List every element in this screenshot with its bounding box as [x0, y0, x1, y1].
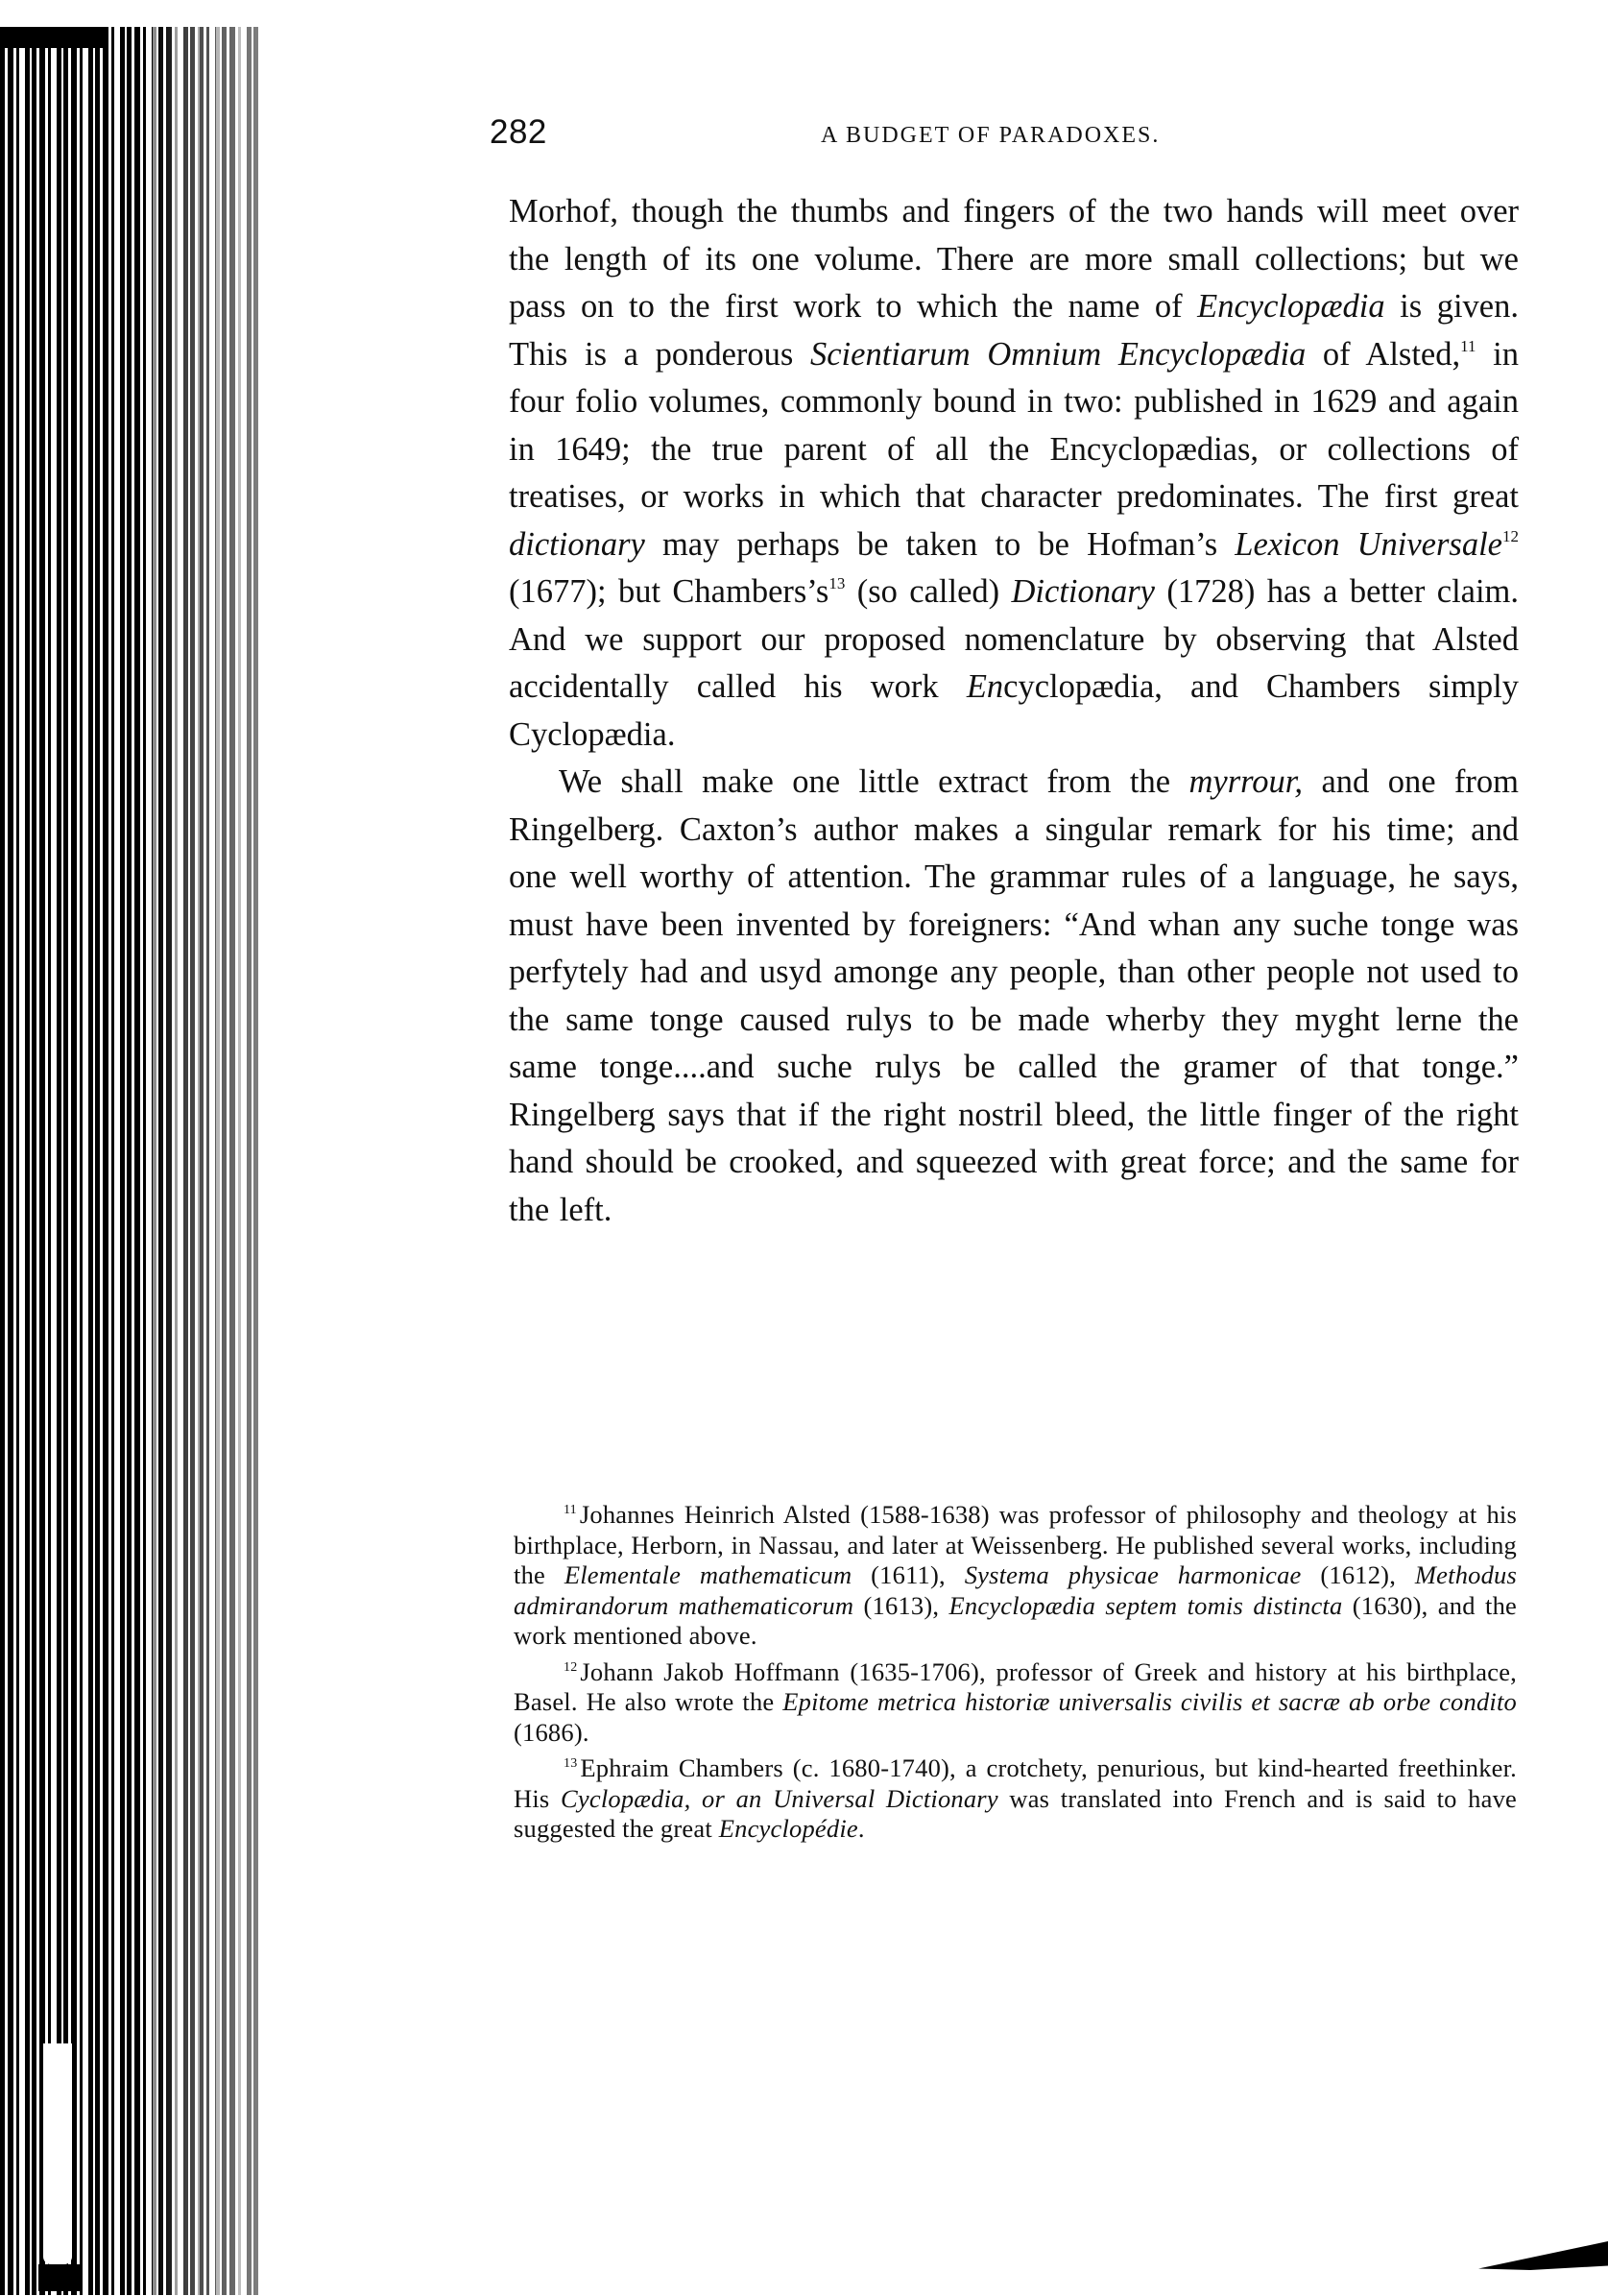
text-run: (so called) — [845, 573, 1011, 610]
page-edge-spine-highlight — [43, 2043, 72, 2264]
italic-text: En — [967, 668, 1003, 705]
text-run: of Alsted, — [1306, 336, 1460, 373]
italic-text: Elementale mathematicum — [564, 1560, 852, 1589]
footnote-number: 13 — [564, 1756, 577, 1771]
page-number: 282 — [490, 113, 547, 152]
text-run: (1611), — [852, 1560, 964, 1589]
footnotes: 11Johannes Heinrich Alsted (1588-1638) w… — [514, 1500, 1517, 1850]
body-text: Morhof, though the thumbs and fingers of… — [509, 188, 1519, 1234]
body-paragraph: Morhof, though the thumbs and fingers of… — [509, 188, 1519, 759]
footnote-12: 12Johann Jakob Hoffmann (1635-1706), pro… — [514, 1657, 1517, 1749]
text-run: and one from Ringelberg. Caxton’s author… — [509, 763, 1519, 1228]
footnote-reference[interactable]: 13 — [828, 574, 845, 592]
italic-text: Encyclopædia — [1197, 288, 1384, 325]
italic-text: Cyclopædia, or an Universal Dictionary — [561, 1784, 998, 1813]
text-run: (1612), — [1302, 1560, 1415, 1589]
italic-text: Encyclopédie — [719, 1814, 858, 1843]
italic-text: Epitome metrica historiæ universalis civ… — [782, 1687, 1517, 1716]
italic-text: Dictionary — [1012, 573, 1155, 610]
italic-text: Scientiarum Omnium Encyclopædia — [810, 336, 1306, 373]
page-edge-top — [0, 27, 106, 48]
text-run: (1613), — [853, 1591, 948, 1620]
italic-text: Encyclopædia septem tomis distincta — [949, 1591, 1343, 1620]
footnote-reference[interactable]: 11 — [1460, 337, 1476, 355]
italic-text: Systema physicae harmonicae — [965, 1560, 1302, 1589]
footnote-number: 12 — [564, 1660, 577, 1675]
italic-text: Lexicon Universale — [1235, 526, 1502, 563]
italic-text: myrrour, — [1189, 763, 1304, 800]
running-title: A BUDGET OF PARADOXES. — [821, 123, 1160, 149]
footnote-reference[interactable]: 12 — [1502, 527, 1519, 545]
text-run: may perhaps be taken to be Hofman’s — [645, 526, 1235, 563]
italic-text: dictionary — [509, 526, 645, 563]
footnote-13: 13Ephraim Chambers (c. 1680-1740), a cro… — [514, 1753, 1517, 1845]
text-run: (1686). — [514, 1718, 589, 1747]
footnote-number: 11 — [564, 1503, 577, 1517]
text-run: We shall make one little extract from th… — [559, 763, 1189, 800]
footnote-11: 11Johannes Heinrich Alsted (1588-1638) w… — [514, 1500, 1517, 1652]
page-edge-sheen — [144, 27, 250, 2295]
body-paragraph: We shall make one little extract from th… — [509, 759, 1519, 1234]
text-run: . — [858, 1814, 865, 1843]
scan-corner-mark — [1478, 2241, 1608, 2270]
text-run: (1677); but Chambers’s — [509, 573, 828, 610]
